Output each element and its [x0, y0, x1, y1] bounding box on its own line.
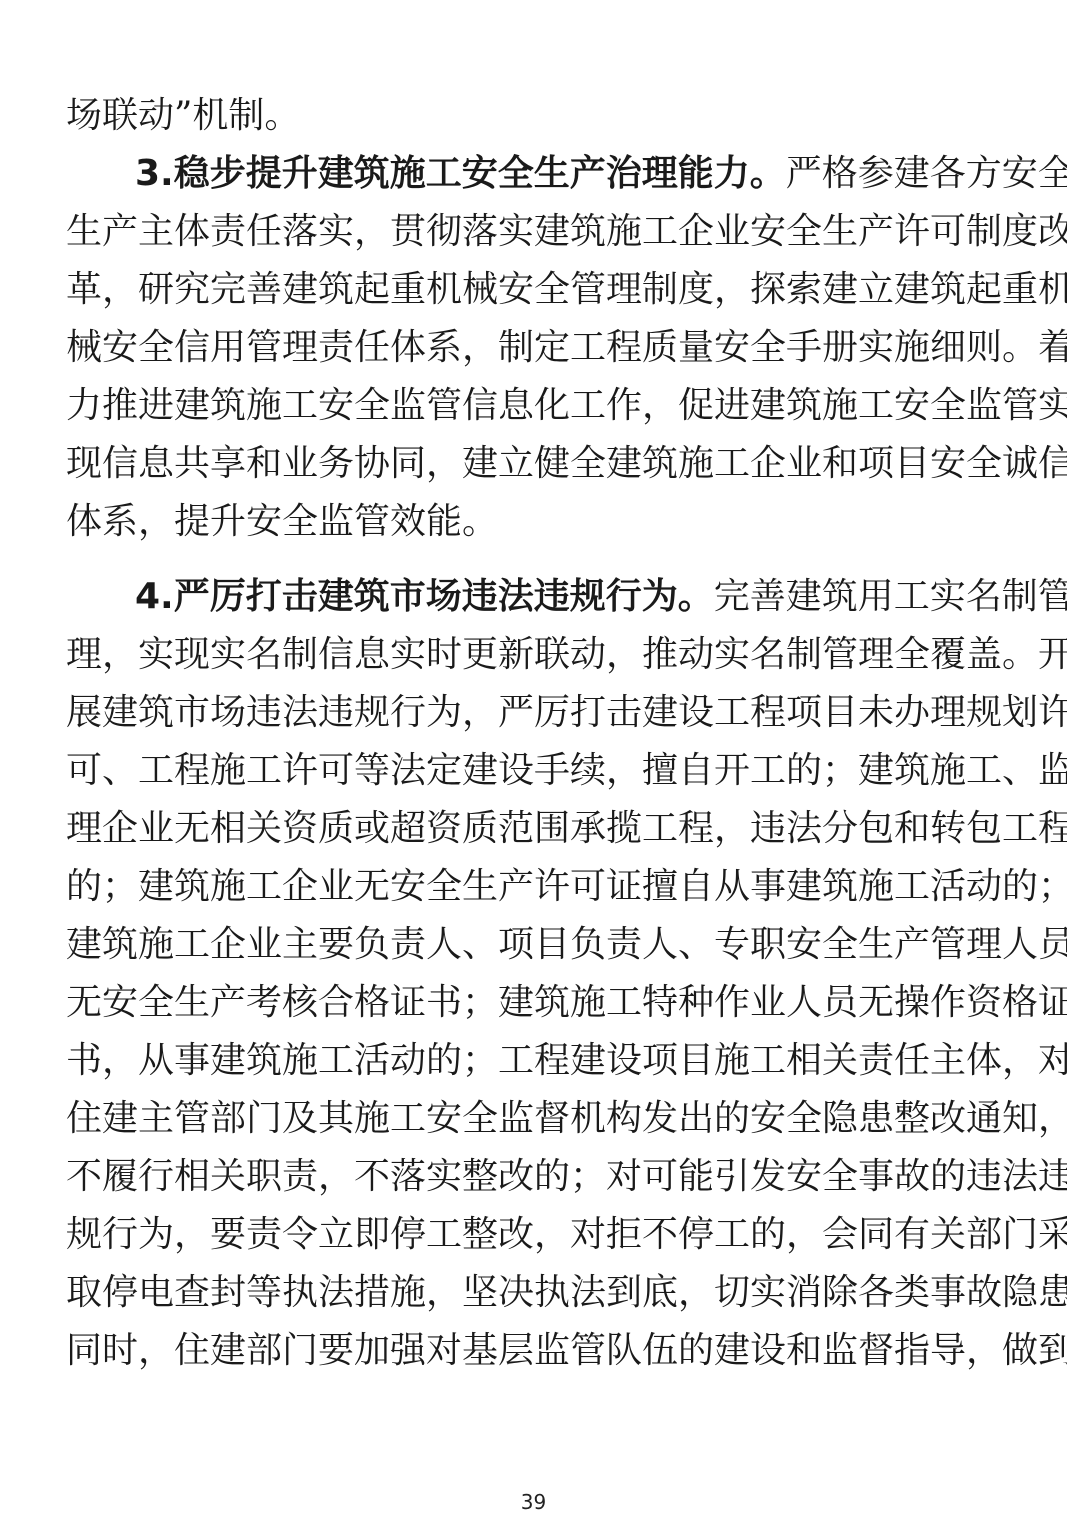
- body-line: 书，从事建筑施工活动的；工程建设项目施工相关责任主体，对: [66, 1036, 1012, 1086]
- body-text: 完善建筑用工实名制管: [714, 576, 1067, 617]
- body-line: 同时，住建部门要加强对基层监管队伍的建设和监督指导，做到: [66, 1326, 1012, 1376]
- body-line: 建筑施工企业主要负责人、项目负责人、专职安全生产管理人员: [66, 920, 1012, 970]
- body-line: 取停电查封等执法措施，坚决执法到底，切实消除各类事故隐患。: [66, 1268, 1012, 1318]
- body-line: 力推进建筑施工安全监管信息化工作，促进建筑施工安全监管实: [66, 381, 1012, 431]
- section-3-heading: 3.稳步提升建筑施工安全生产治理能力。: [135, 153, 786, 194]
- body-line: 住建主管部门及其施工安全监督机构发出的安全隐患整改通知，: [66, 1094, 1012, 1144]
- page-number: 39: [0, 1490, 1067, 1514]
- body-line: 现信息共享和业务协同，建立健全建筑施工企业和项目安全诚信: [66, 439, 1012, 489]
- body-line: 场联动”机制。: [66, 91, 1012, 141]
- body-line: 理企业无相关资质或超资质范围承揽工程，违法分包和转包工程: [66, 804, 1012, 854]
- body-line: 展建筑市场违法违规行为，严厉打击建设工程项目未办理规划许: [66, 688, 1012, 738]
- section-3-first-line: 3.稳步提升建筑施工安全生产治理能力。严格参建各方安全: [135, 149, 1012, 199]
- section-4-first-line: 4.严厉打击建筑市场违法违规行为。完善建筑用工实名制管: [135, 572, 1012, 622]
- body-text: 严格参建各方安全: [786, 153, 1067, 194]
- body-line: 械安全信用管理责任体系，制定工程质量安全手册实施细则。着: [66, 323, 1012, 373]
- body-line: 生产主体责任落实，贯彻落实建筑施工企业安全生产许可制度改: [66, 207, 1012, 257]
- body-line: 的；建筑施工企业无安全生产许可证擅自从事建筑施工活动的；: [66, 862, 1012, 912]
- body-line: 革，研究完善建筑起重机械安全管理制度，探索建立建筑起重机: [66, 265, 1012, 315]
- body-line: 理，实现实名制信息实时更新联动，推动实名制管理全覆盖。开: [66, 630, 1012, 680]
- document-page: 场联动”机制。 3.稳步提升建筑施工安全生产治理能力。严格参建各方安全 生产主体…: [0, 0, 1067, 1536]
- body-line: 不履行相关职责，不落实整改的；对可能引发安全事故的违法违: [66, 1152, 1012, 1202]
- body-line: 无安全生产考核合格证书；建筑施工特种作业人员无操作资格证: [66, 978, 1012, 1028]
- body-line: 体系，提升安全监管效能。: [66, 497, 1012, 547]
- body-line: 可、工程施工许可等法定建设手续，擅自开工的；建筑施工、监: [66, 746, 1012, 796]
- body-line: 规行为，要责令立即停工整改，对拒不停工的，会同有关部门采: [66, 1210, 1012, 1260]
- section-4-heading: 4.严厉打击建筑市场违法违规行为。: [135, 576, 714, 617]
